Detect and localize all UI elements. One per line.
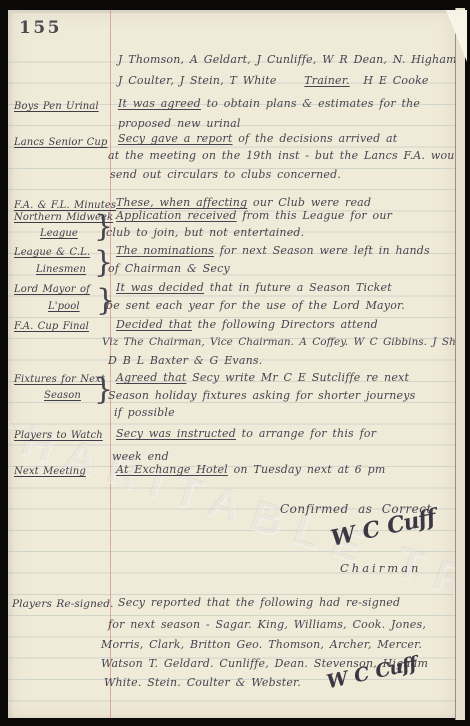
resigned-line: White. Stein. Coulter & Webster.	[104, 676, 301, 689]
entry-line: Decided that the following Directors att…	[116, 318, 378, 331]
entry-line: Agreed that Secy write Mr C E Sutcliffe …	[116, 371, 409, 384]
ledger-page: CHARITABLE TRUST 155 J Thomson, A Geldar…	[8, 10, 455, 718]
entry-line: It was agreed to obtain plans & estimate…	[118, 97, 420, 110]
entry-text: to arrange for this for	[236, 427, 376, 440]
entry-line: proposed new urinal	[118, 117, 241, 130]
entry-text: on Tuesday next at 6 pm	[228, 463, 386, 476]
margin-heading: L'pool	[48, 301, 80, 312]
trainer-label: Trainer.	[304, 74, 349, 87]
scanned-minute-book-page: CHARITABLE TRUST 155 J Thomson, A Geldar…	[0, 0, 470, 726]
entry-line: send out circulars to clubs concerned.	[110, 168, 341, 181]
margin-heading: Season	[44, 390, 81, 401]
attendance-names: J Coulter, J Stein, T White	[118, 74, 277, 87]
entry-text: from this League for our	[237, 209, 392, 222]
margin-heading: Lord Mayor of	[14, 284, 90, 295]
entry-line: at the meeting on the 19th inst - but th…	[108, 149, 455, 162]
entry-text: that in future a Season Ticket	[204, 281, 392, 294]
entry-line: Application received from this League fo…	[116, 209, 392, 222]
margin-heading: Linesmen	[36, 264, 86, 275]
entry-lead: At Exchange Hotel	[116, 463, 228, 476]
resigned-heading: Players Re-signed.	[12, 598, 114, 610]
entry-line: Secy gave a report of the decisions arri…	[118, 132, 397, 145]
entry-text: the following Directors attend	[192, 318, 378, 331]
entry-line: At Exchange Hotel on Tuesday next at 6 p…	[116, 463, 385, 476]
margin-heading: League & C.L.	[14, 247, 90, 258]
entry-line: Season holiday fixtures asking for short…	[108, 389, 416, 402]
entry-lead: These, when affecting	[116, 196, 247, 209]
entry-lead: Decided that	[116, 318, 192, 331]
entry-text: to obtain plans & estimates for the	[201, 97, 420, 110]
page-top-edge	[8, 10, 455, 13]
entry-lead: Agreed that	[116, 371, 187, 384]
entry-text: Secy write Mr C E Sutcliffe re next	[187, 371, 410, 384]
entry-line: of Chairman & Secy	[108, 262, 230, 275]
margin-heading: Lancs Senior Cup	[14, 137, 107, 148]
margin-heading: Fixtures for Next	[14, 374, 105, 385]
entry-line: Viz The Chairman, Vice Chairman. A Coffe…	[102, 336, 455, 348]
entry-line: The nominations for next Season were lef…	[116, 244, 430, 257]
entry-line: if possible	[114, 406, 175, 419]
resigned-line: Morris, Clark, Britton Geo. Thomson, Arc…	[101, 638, 422, 651]
chairman-label: Chairman	[340, 561, 421, 575]
resigned-line: Secy reported that the following had re-…	[118, 596, 400, 609]
entry-lead: The nominations	[116, 244, 214, 257]
entry-lead: It was decided	[116, 281, 204, 294]
margin-heading: Players to Watch	[14, 430, 103, 441]
margin-heading: F.A. Cup Final	[14, 321, 89, 332]
entry-line: It was decided that in future a Season T…	[116, 281, 392, 294]
entry-lead: Secy gave a report	[118, 132, 233, 145]
margin-heading: Next Meeting	[14, 466, 86, 477]
margin-heading: Boys Pen Urinal	[14, 101, 99, 112]
entry-lead: Application received	[116, 209, 237, 222]
attendance-line: J Coulter, J Stein, T White Trainer. H E…	[118, 74, 429, 87]
entry-text: for next Season were left in hands	[214, 244, 430, 257]
entry-text: our Club were read	[247, 196, 371, 209]
entry-line: be sent each year for the use of the Lor…	[106, 299, 405, 312]
underlying-page-edge	[455, 8, 465, 720]
page-number: 155	[19, 18, 62, 38]
entry-text: of the decisions arrived at	[233, 132, 398, 145]
entry-lead: Secy was instructed	[116, 427, 236, 440]
entry-line: week end	[112, 450, 169, 463]
entry-line: club to join, but not entertained.	[106, 226, 304, 239]
margin-heading: League	[40, 228, 78, 239]
entry-line: These, when affecting our Club were read	[116, 196, 371, 209]
attendance-line: J Thomson, A Geldart, J Cunliffe, W R De…	[118, 53, 455, 66]
entry-lead: It was agreed	[118, 97, 201, 110]
entry-line: Secy was instructed to arrange for this …	[116, 427, 376, 440]
trainer-name: H E Cooke	[363, 74, 428, 87]
resigned-line: for next season - Sagar. King, Williams,…	[108, 618, 426, 631]
entry-line: D B L Baxter & G Evans.	[108, 354, 262, 367]
